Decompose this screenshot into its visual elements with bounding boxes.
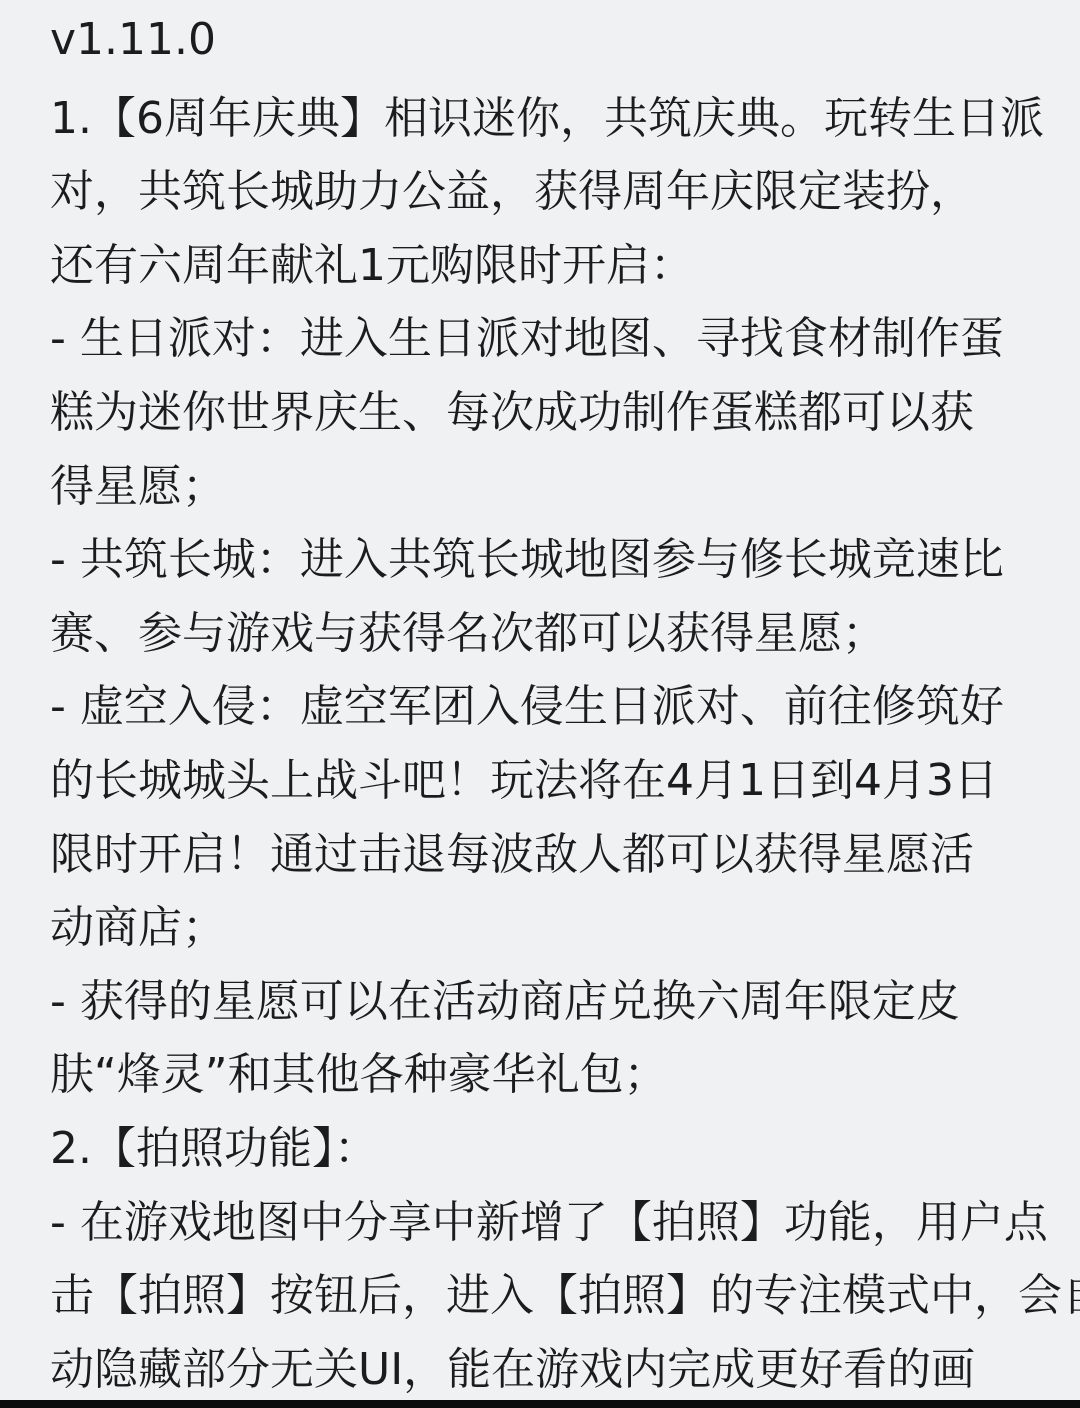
release-note-line: 动商店； xyxy=(50,891,1040,965)
release-note-line: 得星愿； xyxy=(50,450,1040,524)
release-note-line: - 虚空入侵：虚空军团入侵生日派对、前往修筑好 xyxy=(50,670,1040,744)
release-note-line: 2.【拍照功能】： xyxy=(50,1112,1040,1186)
release-note-line: 糕为迷你世界庆生、每次成功制作蛋糕都可以获 xyxy=(50,376,1040,450)
release-note-line: 肤“烽灵”和其他各种豪华礼包； xyxy=(50,1038,1040,1112)
release-note-line: - 共筑长城：进入共筑长城地图参与修长城竞速比 xyxy=(50,523,1040,597)
release-note-line: - 在游戏地图中分享中新增了【拍照】功能，用户点 xyxy=(50,1186,1040,1260)
release-note-line: 1.【6周年庆典】相识迷你，共筑庆典。玩转生日派 xyxy=(50,82,1040,156)
release-note-line: - 获得的星愿可以在活动商店兑换六周年限定皮 xyxy=(50,965,1040,1039)
bottom-dark-strip xyxy=(0,1400,1080,1408)
release-note-line: 还有六周年献礼1元购限时开启： xyxy=(50,229,1040,303)
release-note-line: 限时开启！通过击退每波敌人都可以获得星愿活 xyxy=(50,818,1040,892)
release-note-line: 动隐藏部分无关UI，能在游戏内完成更好看的画 xyxy=(50,1333,1040,1407)
release-notes-text: v1.11.0 1.【6周年庆典】相识迷你，共筑庆典。玩转生日派 对，共筑长城助… xyxy=(50,3,1040,1406)
release-note-line: 击【拍照】按钮后，进入【拍照】的专注模式中，会自 xyxy=(50,1259,1040,1333)
release-note-line: 的长城城头上战斗吧！玩法将在4月1日到4月3日 xyxy=(50,744,1040,818)
release-note-line: - 生日派对：进入生日派对地图、寻找食材制作蛋 xyxy=(50,302,1040,376)
release-note-line: 对，共筑长城助力公益，获得周年庆限定装扮， xyxy=(50,155,1040,229)
version-label: v1.11.0 xyxy=(50,3,1040,77)
release-note-line: 赛、参与游戏与获得名次都可以获得星愿； xyxy=(50,597,1040,671)
